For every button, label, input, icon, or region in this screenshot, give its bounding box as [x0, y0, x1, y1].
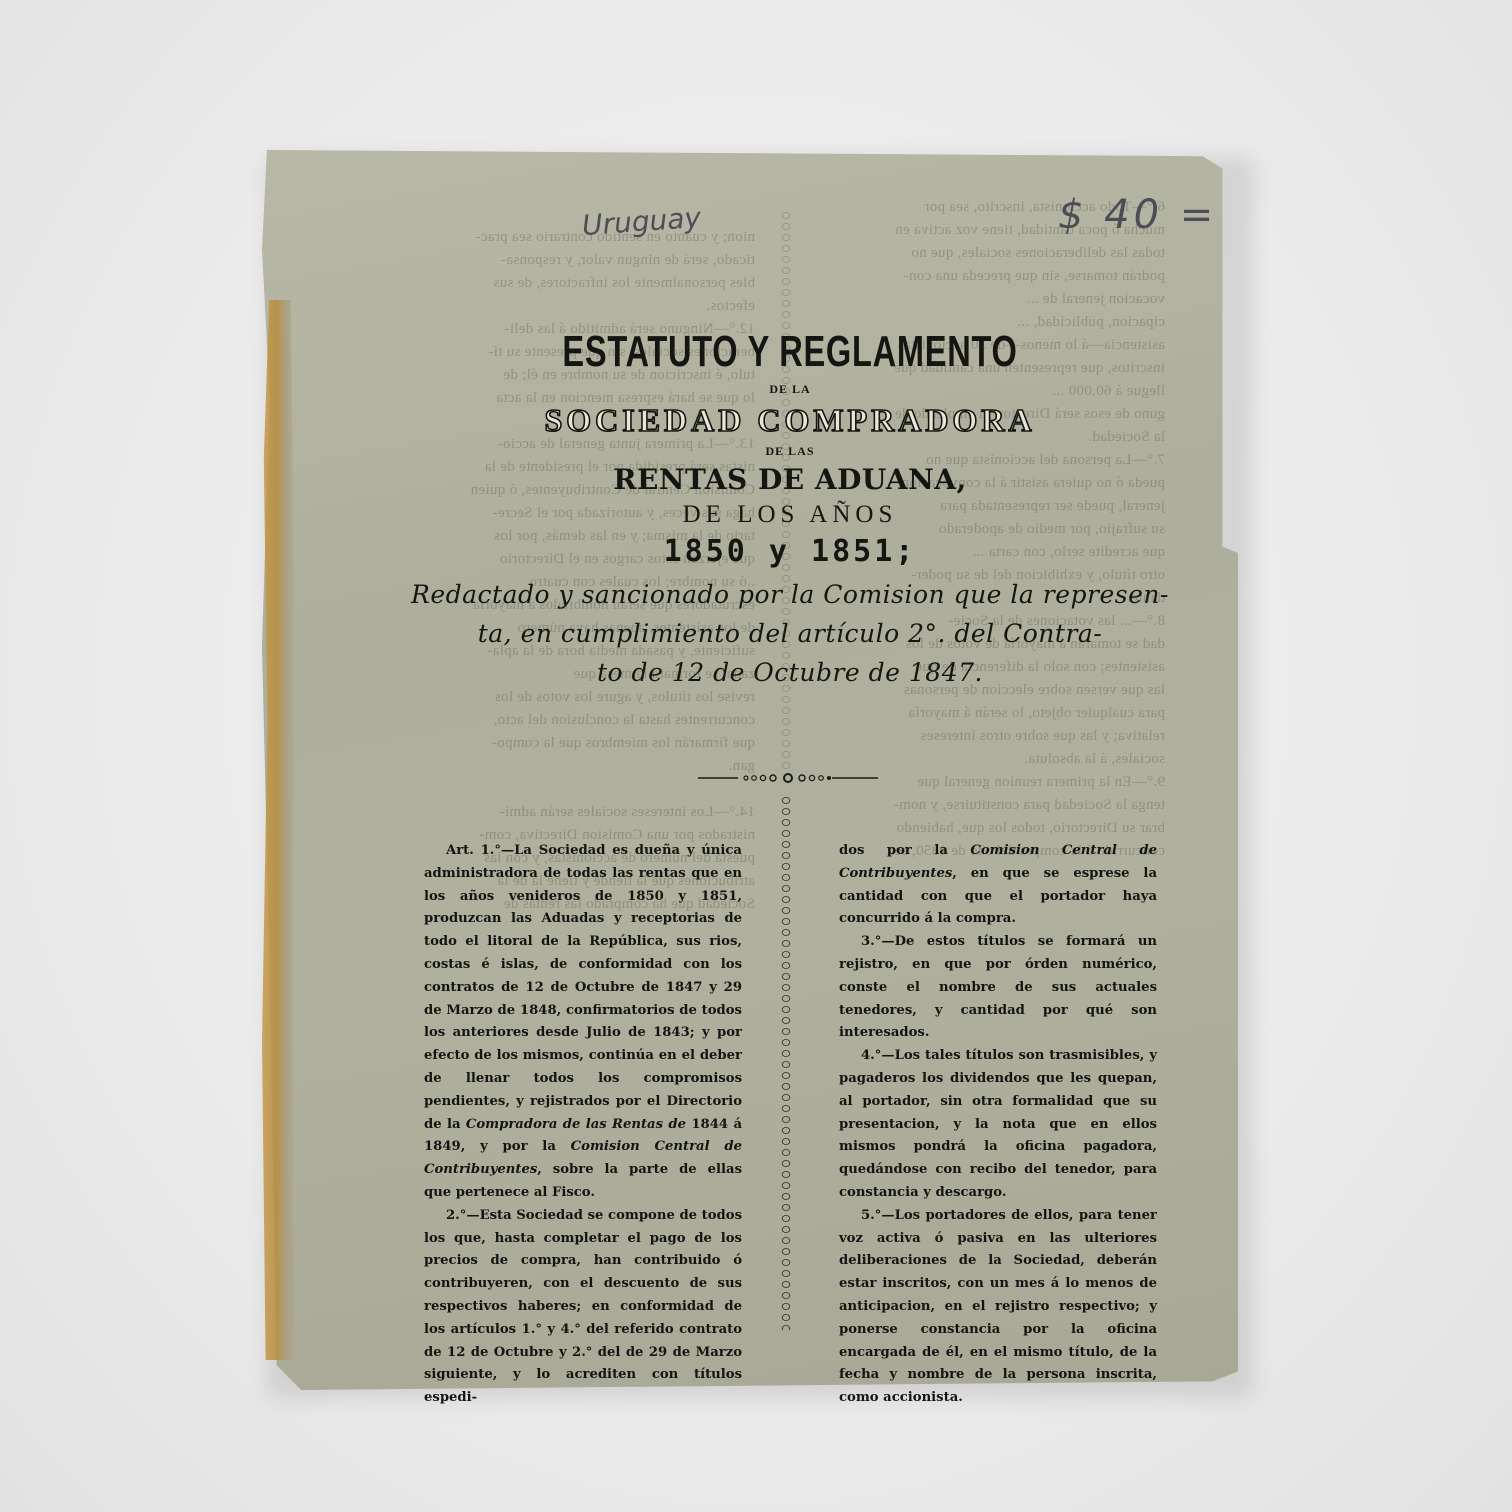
society-name: SOCIEDAD COMPRADORA	[410, 400, 1170, 440]
article-4-text: Los tales títulos son trasmisibles, y pa…	[839, 1048, 1157, 1200]
article-4: 4.°—Los tales títulos son trasmisibles, …	[839, 1045, 1157, 1205]
continuation-text: dos por la	[839, 843, 970, 858]
right-column: dos por la Comision Central de Contribuy…	[839, 840, 1157, 1410]
article-2: 2.°—Esta Sociedad se compone de todos lo…	[424, 1205, 742, 1410]
revenue-title: RENTAS DE ADUANA,	[410, 462, 1170, 498]
subtitle-line-1: Redactado y sancionado por la Comision q…	[410, 578, 1170, 611]
article-3-text: De estos títulos se formará un rejistro,…	[839, 934, 1157, 1040]
article-5: 5.°—Los portadores de ellos, para tener …	[839, 1205, 1157, 1410]
chain-column-rule	[779, 795, 793, 1330]
article-5-text: Los portadores de ellos, para tener voz …	[839, 1208, 1157, 1405]
subtitle-line-3: to de 12 de Octubre de 1847.	[410, 656, 1170, 689]
article-2-continuation: dos por la Comision Central de Contribuy…	[839, 840, 1157, 931]
article-1-text: La Sociedad es dueña y única administrad…	[424, 843, 742, 1132]
left-column: Art. 1.°—La Sociedad es dueña y única ad…	[424, 840, 742, 1410]
handwritten-price: $ 40 =	[1058, 192, 1217, 238]
years-value: 1850 y 1851;	[410, 532, 1170, 572]
subtitle-line-2: ta, en cumplimiento del artículo 2°. del…	[410, 617, 1170, 650]
article-1-label: Art. 1.°—	[446, 843, 514, 858]
article-1: Art. 1.°—La Sociedad es dueña y única ad…	[424, 840, 742, 1205]
main-title: ESTATUTO Y REGLAMENTO	[509, 326, 1071, 378]
ornamental-divider	[698, 773, 878, 783]
article-3-label: 3.°—	[861, 934, 895, 949]
article-2-text: Esta Sociedad se compone de todos los qu…	[424, 1208, 742, 1405]
article-4-label: 4.°—	[861, 1048, 895, 1063]
article-5-label: 5.°—	[861, 1208, 895, 1223]
title-block: ESTATUTO Y REGLAMENTO DE LA SOCIEDAD COM…	[410, 322, 1170, 689]
title-connector-1: DE LA	[410, 378, 1170, 400]
article-2-label: 2.°—	[446, 1208, 480, 1223]
years-label: DE LOS AÑOS	[410, 498, 1170, 532]
article-3: 3.°—De estos títulos se formará un rejis…	[839, 931, 1157, 1045]
article-1-italic-ref: Compradora de las Rentas de	[466, 1117, 686, 1132]
title-connector-2: DE LAS	[410, 440, 1170, 462]
